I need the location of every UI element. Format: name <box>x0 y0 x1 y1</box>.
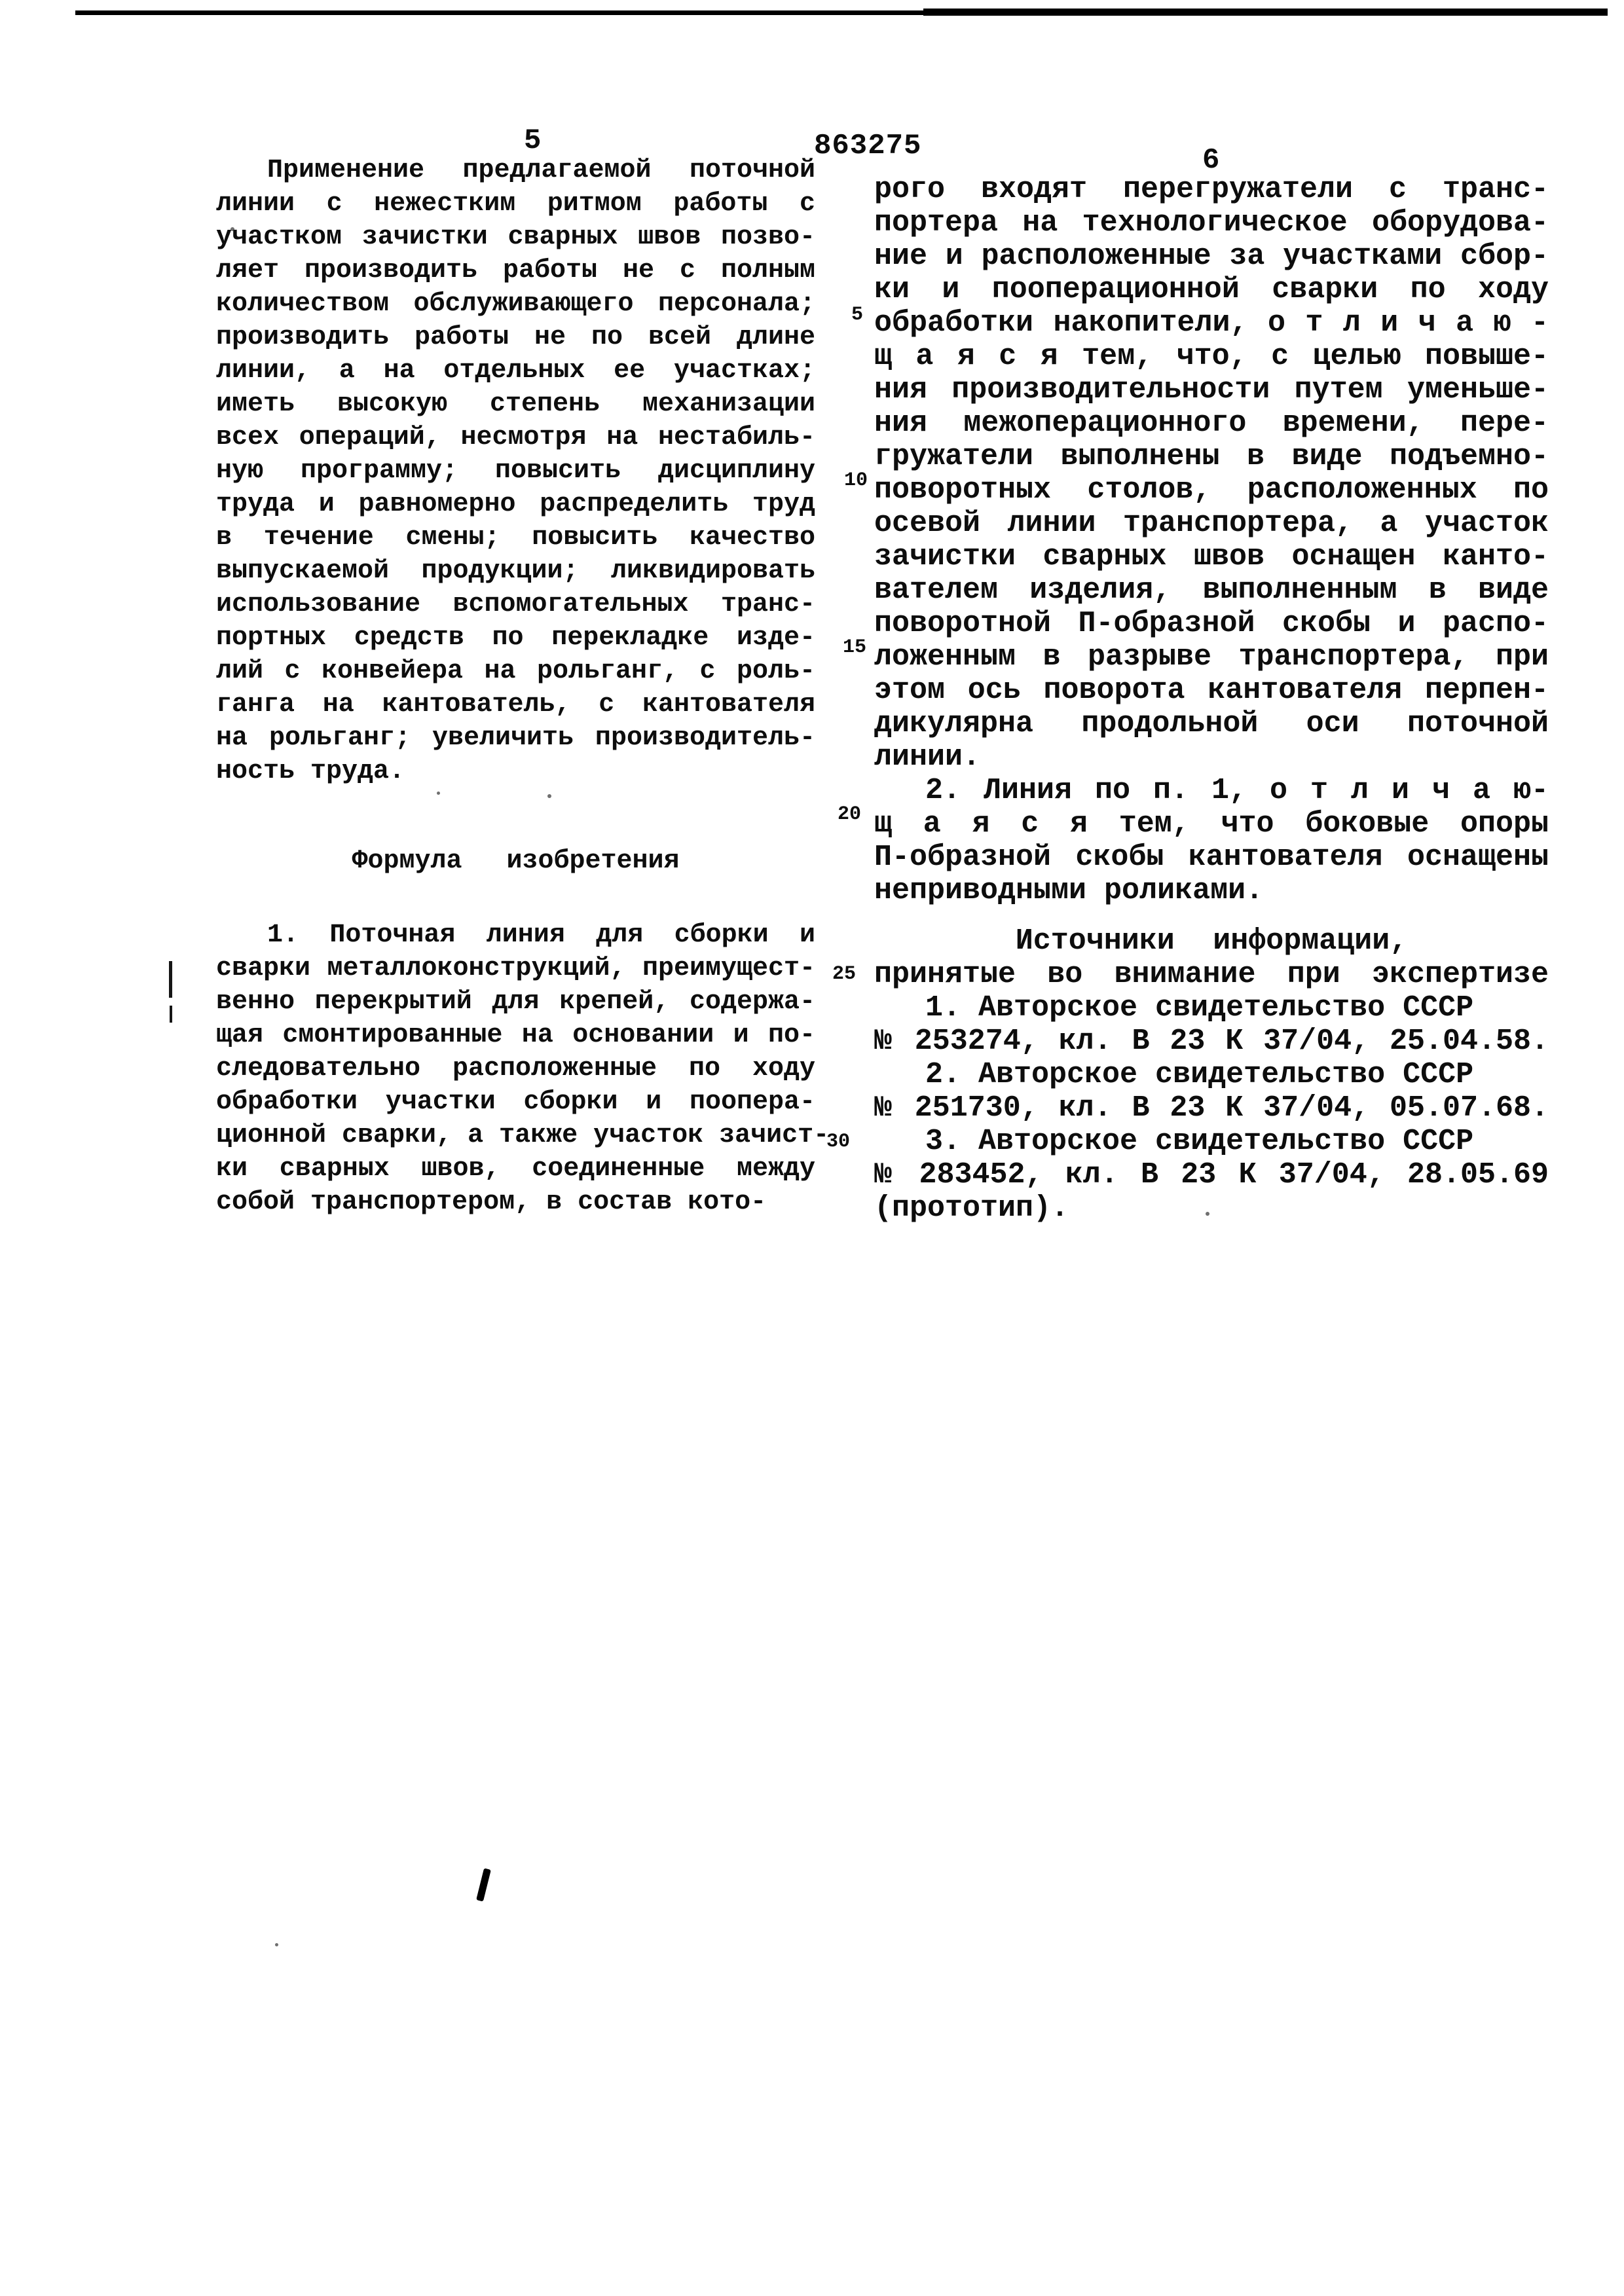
text-line: № 283452, кл. В 23 К 37/04, 28.05.69 <box>874 1158 1549 1192</box>
text-line: ния межоперационного времени, пере- <box>874 407 1549 440</box>
right-column: рого входят перегружатели с транс-портер… <box>874 173 1549 1225</box>
text-line: № 253274, кл. В 23 К 37/04, 25.04.58. <box>874 1025 1549 1058</box>
text-line: ние и расположенные за участками сбор- <box>874 240 1549 273</box>
left-paragraph-2: 1. Поточная линия для сборки исварки мет… <box>216 919 815 1219</box>
text-line: иметь высокую степень механизации <box>216 388 815 421</box>
page-number-right: 6 <box>1202 144 1219 177</box>
text-line: ложенным в разрыве транспортера, при <box>874 640 1549 674</box>
text-line: ки и пооперационной сварки по ходу <box>874 273 1549 306</box>
text-line: зачистки сварных швов оснащен канто- <box>874 540 1549 574</box>
ink-speck <box>231 227 234 231</box>
text-line: труда и равномерно распределить труд <box>216 488 815 521</box>
text-line: портера на технологическое оборудова- <box>874 206 1549 240</box>
text-line: рого входят перегружатели с транс- <box>874 173 1549 206</box>
text-line: 1. Поточная линия для сборки и <box>216 919 815 952</box>
text-line: ки сварных швов, соединенные между <box>216 1152 815 1186</box>
text-line: обработки участки сборки и поопера- <box>216 1085 815 1119</box>
text-line: ционной сварки, а также участок зачист- <box>216 1119 815 1152</box>
text-line: линии, а на отдельных ее участках; <box>216 354 815 388</box>
text-line: № 251730, кл. В 23 К 37/04, 05.07.68. <box>874 1091 1549 1125</box>
text-line: щ а я с я тем, что, с целью повыше- <box>874 340 1549 373</box>
right-claims-text: рого входят перегружатели с транс-портер… <box>874 173 1549 907</box>
spacer <box>874 907 1549 924</box>
text-line: осевой линии транспортера, а участок <box>874 507 1549 540</box>
text-line: 1. Авторское свидетельство СССР <box>874 991 1549 1025</box>
left-column: Применение предлагаемой поточнойлинии с … <box>216 154 815 1219</box>
left-paragraph-1: Применение предлагаемой поточнойлинии с … <box>216 154 815 788</box>
gutter-line-number-30: 30 <box>826 1131 850 1153</box>
document-number: 863275 <box>814 130 921 162</box>
stray-ink-mark <box>476 1868 491 1901</box>
margin-scan-mark <box>169 961 172 998</box>
ink-speck <box>275 1943 278 1946</box>
text-line: венно перекрытий для крепей, содержа- <box>216 985 815 1019</box>
patent-scan-page: 5 863275 6 5 10 15 20 25 30 Применение п… <box>0 0 1624 2296</box>
sources-list: принятые во внимание при экспертизе1. Ав… <box>874 958 1549 1225</box>
gutter-line-number-10: 10 <box>844 469 868 492</box>
text-line: (прототип). <box>874 1192 1549 1225</box>
text-line: ность труда. <box>216 755 815 788</box>
text-line: вателем изделия, выполненным в виде <box>874 574 1549 607</box>
text-line: линии с нежестким ритмом работы с <box>216 187 815 221</box>
gutter-line-number-20: 20 <box>838 803 861 826</box>
text-line: 2. Линия по п. 1, о т л и ч а ю- <box>874 774 1549 807</box>
margin-scan-mark <box>170 1006 172 1023</box>
text-line: Применение предлагаемой поточной <box>216 154 815 187</box>
text-line: щая смонтированные на основании и по- <box>216 1019 815 1052</box>
text-line: неприводными роликами. <box>874 874 1549 907</box>
text-line: в течение смены; повысить качество <box>216 521 815 555</box>
text-line: ную программу; повысить дисциплину <box>216 454 815 488</box>
text-line: дикулярна продольной оси поточной <box>874 707 1549 740</box>
text-line: линии. <box>874 740 1549 774</box>
ink-speck <box>437 792 440 795</box>
gutter-line-number-15: 15 <box>843 636 866 659</box>
text-line: использование вспомогательных транс- <box>216 588 815 621</box>
text-line: выпускаемой продукции; ликвидировать <box>216 555 815 588</box>
top-rule-thick-segment <box>923 9 1608 16</box>
text-line: П-образной скобы кантователя оснащены <box>874 841 1549 874</box>
sources-heading: Источники информации, <box>874 924 1549 958</box>
text-line: гружатели выполнены в виде подъемно- <box>874 440 1549 473</box>
text-line: принятые во внимание при экспертизе <box>874 958 1549 991</box>
text-line: количеством обслуживающего персонала; <box>216 287 815 321</box>
text-line: 2. Авторское свидетельство СССР <box>874 1058 1549 1091</box>
text-line: всех операций, несмотря на нестабиль- <box>216 421 815 454</box>
text-line: собой транспортером, в состав кото- <box>216 1186 815 1219</box>
text-line: обработки накопители, о т л и ч а ю - <box>874 306 1549 340</box>
ink-speck <box>1206 1212 1209 1216</box>
text-line: ния производительности путем уменьше- <box>874 373 1549 407</box>
text-line: этом ось поворота кантователя перпен- <box>874 674 1549 707</box>
text-line: поворотных столов, расположенных по <box>874 473 1549 507</box>
ink-speck <box>547 794 551 798</box>
gutter-line-number-25: 25 <box>832 963 856 985</box>
spacer <box>216 788 815 845</box>
gutter-line-number-5: 5 <box>851 304 863 326</box>
text-line: ганга на кантователь, с кантователя <box>216 688 815 721</box>
text-line: производить работы не по всей длине <box>216 321 815 354</box>
text-line: сварки металлоконструкций, преимущест- <box>216 952 815 985</box>
ink-speck <box>1466 979 1469 983</box>
text-line: следовательно расположенные по ходу <box>216 1052 815 1085</box>
text-line: участком зачистки сварных швов позво- <box>216 221 815 254</box>
page-number-left: 5 <box>524 124 541 157</box>
spacer <box>216 878 815 919</box>
text-line: поворотной П-образной скобы и распо- <box>874 607 1549 640</box>
text-line: щ а я с я тем, что боковые опоры <box>874 807 1549 841</box>
claims-section-heading: Формула изобретения <box>216 845 815 878</box>
text-line: лий с конвейера на рольганг, с роль- <box>216 655 815 688</box>
text-line: ляет производить работы не с полным <box>216 254 815 287</box>
text-line: 3. Авторское свидетельство СССР <box>874 1125 1549 1158</box>
text-line: на рольганг; увеличить производитель- <box>216 721 815 755</box>
text-line: портных средств по перекладке изде- <box>216 621 815 655</box>
